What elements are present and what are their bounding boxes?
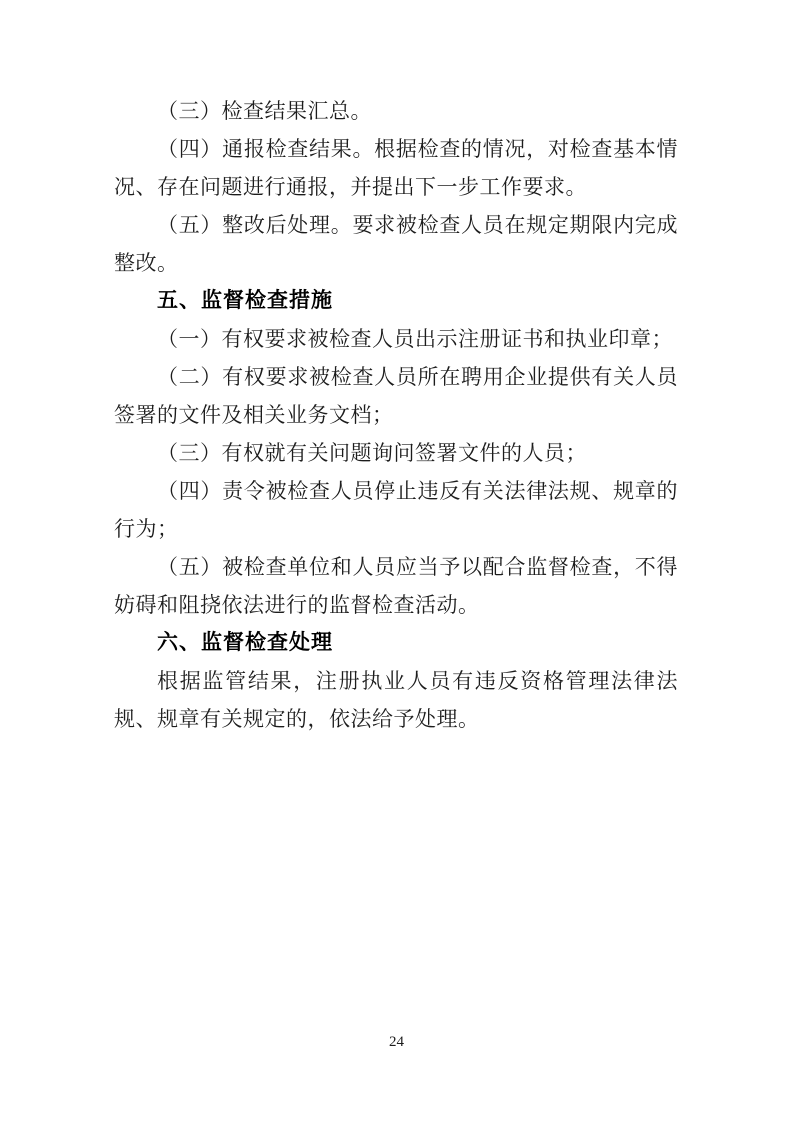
paragraph-post-rectification: （五）整改后处理。要求被检查人员在规定期限内完成整改。 <box>114 206 678 282</box>
paragraph-measure-1: （一）有权要求被检查人员出示注册证书和执业印章； <box>114 320 678 358</box>
paragraph-handling-per-regulation: 根据监管结果，注册执业人员有违反资格管理法律法规、规章有关规定的，依法给予处理。 <box>114 662 678 738</box>
document-body: （三）检查结果汇总。 （四）通报检查结果。根据检查的情况，对检查基本情况、存在问… <box>114 92 678 738</box>
paragraph-measure-3: （三）有权就有关问题询问签署文件的人员； <box>114 434 678 472</box>
paragraph-report-results: （四）通报检查结果。根据检查的情况，对检查基本情况、存在问题进行通报，并提出下一… <box>114 130 678 206</box>
paragraph-measure-5: （五）被检查单位和人员应当予以配合监督检查，不得妨碍和阻挠依法进行的监督检查活动… <box>114 548 678 624</box>
page-number: 24 <box>0 1033 793 1051</box>
paragraph-measure-4: （四）责令被检查人员停止违反有关法律法规、规章的行为； <box>114 472 678 548</box>
paragraph-inspection-summary: （三）检查结果汇总。 <box>114 92 678 130</box>
paragraph-measure-2: （二）有权要求被检查人员所在聘用企业提供有关人员签署的文件及相关业务文档； <box>114 358 678 434</box>
section-heading-5-measures: 五、监督检查措施 <box>114 282 678 320</box>
document-page: （三）检查结果汇总。 （四）通报检查结果。根据检查的情况，对检查基本情况、存在问… <box>0 0 793 1122</box>
section-heading-6-handling: 六、监督检查处理 <box>114 624 678 662</box>
